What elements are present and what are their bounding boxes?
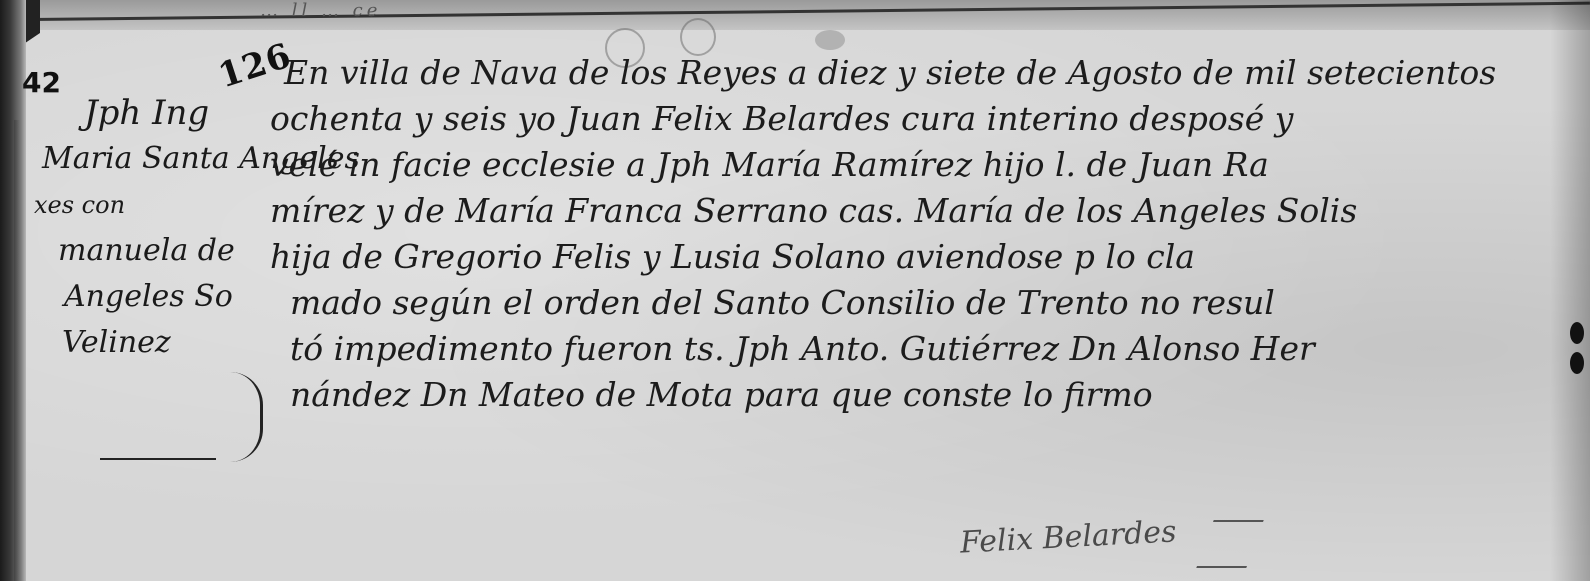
margin-line: Maria Santa Angeles bbox=[34, 136, 274, 182]
margin-line: Jph Ing bbox=[34, 90, 274, 136]
margin-line: xes con bbox=[34, 182, 274, 228]
record-line: nández Dn Mateo de Mota para que conste … bbox=[270, 372, 1570, 418]
record-line: mírez y de María Franca Serrano cas. Mar… bbox=[270, 188, 1570, 234]
record-line: tó impedimento fueron ts. Jph Anto. Guti… bbox=[270, 326, 1570, 372]
record-line: hija de Gregorio Felis y Lusia Solano av… bbox=[270, 234, 1570, 280]
margin-line: manuela de bbox=[34, 228, 274, 274]
record-line: mado según el orden del Santo Consilio d… bbox=[270, 280, 1570, 326]
ink-blots bbox=[1570, 322, 1586, 382]
record-line: ochenta y seis yo Juan Felix Belardes cu… bbox=[270, 96, 1570, 142]
stain-mark bbox=[815, 30, 845, 50]
margin-bracket bbox=[230, 372, 263, 462]
header-fragment: … ll … ce bbox=[260, 0, 381, 21]
signature: Felix Belardes bbox=[959, 514, 1177, 560]
margin-note: Jph Ing Maria Santa Angeles xes con manu… bbox=[34, 90, 274, 366]
signature-rubric bbox=[1196, 520, 1263, 568]
margin-line: Angeles So bbox=[34, 274, 274, 320]
binding-crease bbox=[14, 120, 20, 581]
record-line: velé in facie ecclesie a Jph María Ramír… bbox=[270, 142, 1570, 188]
manuscript-page: … ll … ce 42 126 Jph Ing Maria Santa Ang… bbox=[0, 0, 1590, 581]
margin-line: Velinez bbox=[34, 320, 274, 366]
record-body: En villa de Nava de los Reyes a diez y s… bbox=[270, 50, 1570, 418]
record-line: En villa de Nava de los Reyes a diez y s… bbox=[270, 50, 1570, 96]
margin-rule-line bbox=[100, 458, 216, 460]
